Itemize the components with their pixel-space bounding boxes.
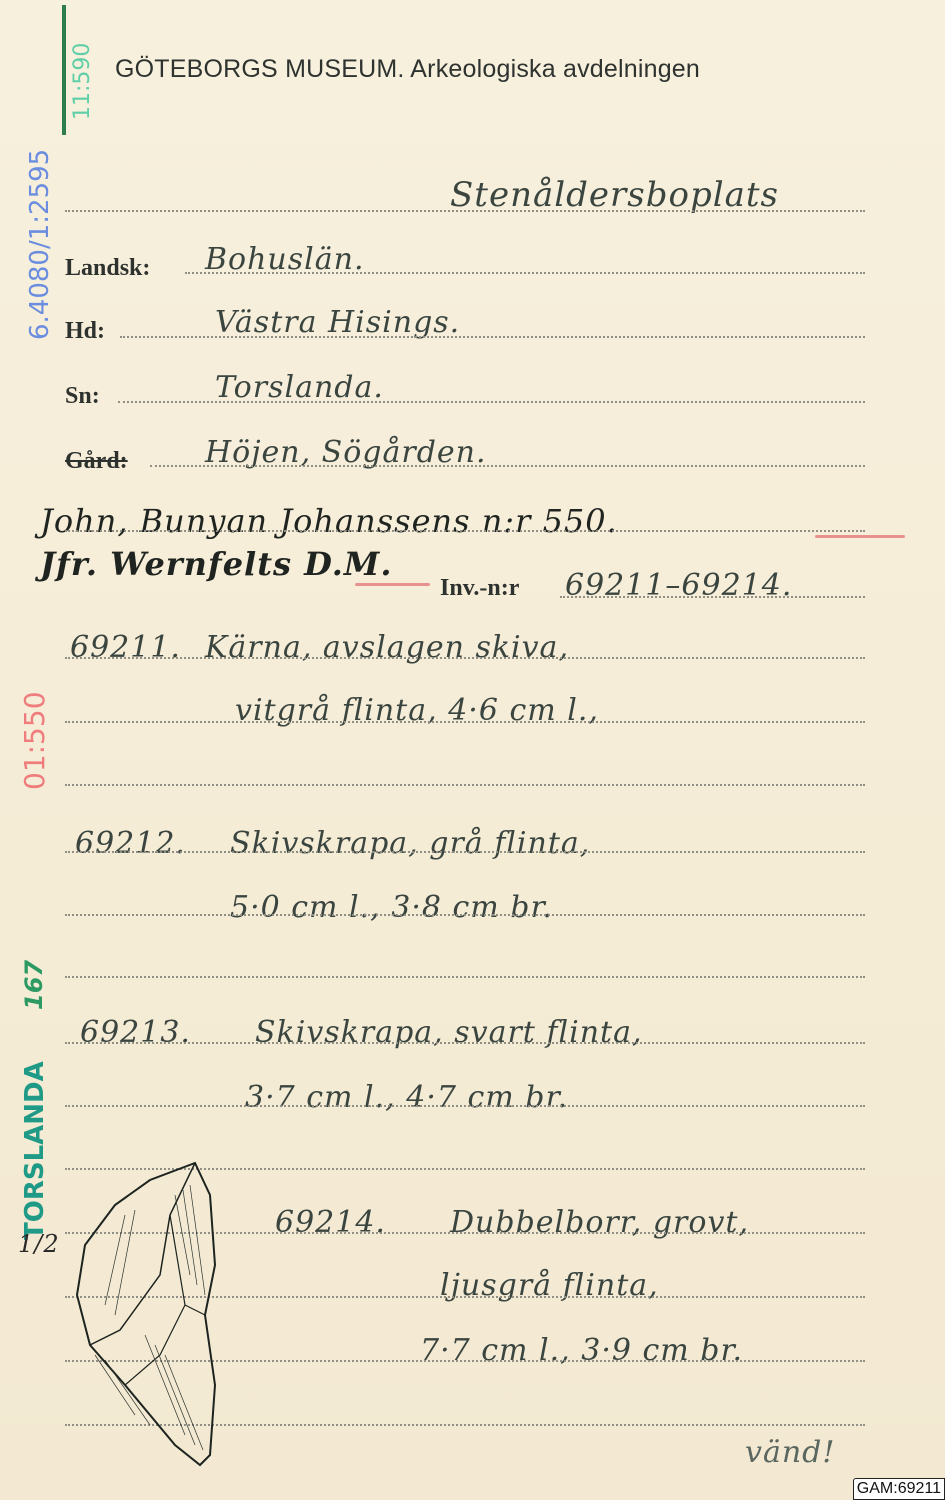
collector-line-1: John, Bunyan Johanssens n:r 550.: [40, 502, 618, 540]
dotted-line: [65, 914, 865, 916]
locality-stamp: TORSLANDA: [20, 1061, 50, 1240]
dotted-line: [65, 976, 865, 978]
dotted-line: [65, 721, 865, 723]
dotted-line: [185, 272, 865, 274]
dotted-line: [150, 465, 865, 467]
catalog-card: GÖTEBORGS MUSEUM. Arkeologiska avdelning…: [0, 0, 945, 1500]
dotted-line: [65, 530, 865, 532]
item-number: 69213.: [80, 1015, 191, 1050]
dotted-line: [65, 657, 865, 659]
inv-label: Inv.-n:r: [440, 575, 519, 602]
museum-header: GÖTEBORGS MUSEUM. Arkeologiska avdelning…: [115, 55, 700, 84]
item-description-2: 3·7 cm l., 4·7 cm br.: [245, 1080, 568, 1115]
red-underline-dm: [355, 583, 430, 586]
item-description-2: 5·0 cm l., 3·8 cm br.: [230, 890, 553, 925]
green-margin-bar: [62, 5, 66, 135]
margin-note-red: 01:550: [18, 691, 51, 790]
stamp-number: 167: [20, 960, 48, 1010]
catalog-id-label: GAM:69211: [853, 1478, 945, 1500]
flint-tool-sketch-icon: [65, 1155, 235, 1485]
dotted-line: [65, 1042, 865, 1044]
dotted-line: [65, 784, 865, 786]
item-number: 69214.: [275, 1205, 386, 1240]
fraction-note: 1/2: [18, 1230, 60, 1258]
margin-note-blue: 6.4080/1:2595: [25, 149, 55, 340]
item-description-1: Kärna, avslagen skiva,: [205, 630, 569, 665]
field-label-landsk: Landsk:: [65, 255, 150, 282]
dotted-line: [65, 210, 865, 212]
dotted-line: [120, 336, 865, 338]
item-number: 69211.: [70, 630, 181, 665]
dotted-line: [65, 1105, 865, 1107]
field-label-sn: Sn:: [65, 383, 100, 410]
item-description-3: 7·7 cm l., 3·9 cm br.: [420, 1333, 743, 1368]
collector-line-2: Jfr. Wernfelts D.M.: [40, 545, 392, 583]
dotted-line: [560, 596, 865, 598]
dotted-line: [65, 851, 865, 853]
item-number: 69212.: [75, 826, 186, 861]
field-label-gard: Gård:: [65, 448, 128, 475]
field-value-hd: Västra Hisings.: [215, 305, 460, 340]
turn-over-note: vänd!: [745, 1435, 835, 1470]
item-description-1: Skivskrapa, grå flinta,: [230, 826, 590, 861]
field-value-sn: Torslanda.: [215, 370, 384, 405]
margin-note-green: 11:590: [70, 43, 95, 120]
item-description-1: Dubbelborr, grovt,: [450, 1205, 749, 1240]
field-label-hd: Hd:: [65, 318, 105, 345]
dotted-line: [118, 401, 865, 403]
red-underline-550: [815, 535, 905, 538]
item-description-1: Skivskrapa, svart flinta,: [255, 1015, 643, 1050]
site-type: Stenåldersboplats: [450, 175, 779, 215]
